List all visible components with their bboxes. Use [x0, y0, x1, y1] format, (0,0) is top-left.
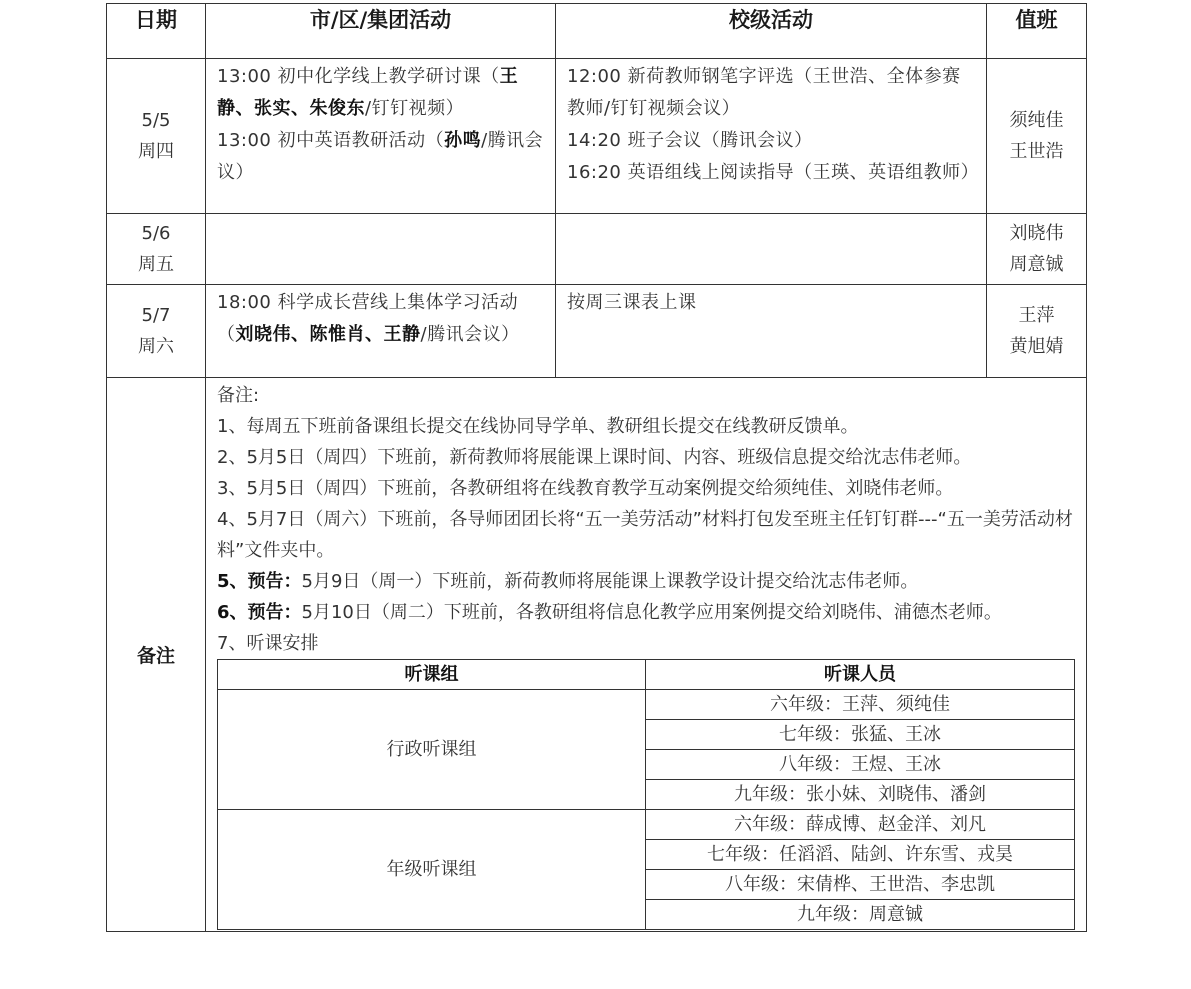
activity-item: 14:20 班子会议（腾讯会议）: [567, 125, 978, 157]
activity-item: 18:00 科学成长营线上集体学习活动（刘晓伟、陈惟肖、王静/腾讯会议）: [217, 287, 547, 351]
duty-cell: 王萍 黄旭婧: [987, 285, 1087, 378]
table-row: 5/6 周五 刘晓伟 周意铖: [107, 214, 1087, 285]
header-row: 日期 市/区/集团活动 校级活动 值班: [107, 4, 1087, 59]
note-item: 5、预告：5月9日（周一）下班前，新荷教师将展能课上课教学设计提交给沈志伟老师。: [217, 566, 1075, 597]
activity-item: 13:00 初中化学线上教学研讨课（王静、张实、朱俊东/钉钉视频）: [217, 61, 547, 125]
header-members: 听课人员: [646, 660, 1075, 690]
date-cell: 5/7 周六: [107, 285, 206, 378]
table-row: 5/5 周四 13:00 初中化学线上教学研讨课（王静、张实、朱俊东/钉钉视频）…: [107, 59, 1087, 214]
header-group: 听课组: [218, 660, 646, 690]
note-item: 1、每周五下班前备课组长提交在线协同导学单、教研组长提交在线教研反馈单。: [217, 411, 1075, 442]
group-member: 九年级：张小妹、刘晓伟、潘剑: [646, 780, 1075, 810]
date: 5/6: [107, 218, 205, 249]
group-member: 七年级：任滔滔、陆剑、许东雪、戎昊: [646, 840, 1075, 870]
notes-title: 备注:: [217, 380, 1075, 411]
notes-cell: 备注: 1、每周五下班前备课组长提交在线协同导学单、教研组长提交在线教研反馈单。…: [206, 378, 1087, 932]
notes-row: 备注 备注: 1、每周五下班前备课组长提交在线协同导学单、教研组长提交在线教研反…: [107, 378, 1087, 932]
duty-person: 黄旭婧: [987, 331, 1086, 362]
header-city-activities: 市/区/集团活动: [206, 4, 556, 59]
activity-item: 12:00 新荷教师钢笔字评选（王世浩、全体参赛教师/钉钉视频会议）: [567, 61, 978, 125]
table-row: 年级听课组 六年级：薛成博、赵金洋、刘凡: [218, 810, 1075, 840]
city-activities-cell: [206, 214, 556, 285]
group-name: 年级听课组: [218, 810, 646, 930]
school-activities-cell: 12:00 新荷教师钢笔字评选（王世浩、全体参赛教师/钉钉视频会议） 14:20…: [556, 59, 987, 214]
note-item: 7、听课安排: [217, 628, 1075, 659]
date-cell: 5/6 周五: [107, 214, 206, 285]
school-activities-cell: 按周三课表上课: [556, 285, 987, 378]
duty-person: 刘晓伟: [987, 218, 1086, 249]
header-duty: 值班: [987, 4, 1087, 59]
activity-item: 16:20 英语组线上阅读指导（王瑛、英语组教师）: [567, 157, 978, 189]
weekday: 周四: [107, 136, 205, 167]
sub-header-row: 听课组 听课人员: [218, 660, 1075, 690]
weekly-schedule-table: 日期 市/区/集团活动 校级活动 值班 5/5 周四 13:00 初中化学线上教…: [106, 3, 1087, 932]
note-item: 4、5月7日（周六）下班前，各导师团团长将“五一美劳活动”材料打包发至班主任钉钉…: [217, 504, 1075, 566]
group-member: 七年级：张猛、王冰: [646, 720, 1075, 750]
note-item: 6、预告：5月10日（周二）下班前，各教研组将信息化教学应用案例提交给刘晓伟、浦…: [217, 597, 1075, 628]
note-item: 3、5月5日（周四）下班前，各教研组将在线教育教学互动案例提交给须纯佳、刘晓伟老…: [217, 473, 1075, 504]
notes-label: 备注: [107, 378, 206, 932]
group-member: 八年级：宋倩桦、王世浩、李忠凯: [646, 870, 1075, 900]
duty-cell: 刘晓伟 周意铖: [987, 214, 1087, 285]
duty-person: 须纯佳: [987, 105, 1086, 136]
city-activities-cell: 13:00 初中化学线上教学研讨课（王静、张实、朱俊东/钉钉视频） 13:00 …: [206, 59, 556, 214]
activity-item: 13:00 初中英语教研活动（孙鸣/腾讯会议）: [217, 125, 547, 189]
observation-schedule-table: 听课组 听课人员 行政听课组 六年级：王萍、须纯佳 七年级：张猛、王冰 八年级：…: [217, 659, 1075, 930]
group-member: 八年级：王煜、王冰: [646, 750, 1075, 780]
activity-item: 按周三课表上课: [567, 287, 978, 319]
group-member: 六年级：薛成博、赵金洋、刘凡: [646, 810, 1075, 840]
group-member: 六年级：王萍、须纯佳: [646, 690, 1075, 720]
weekday: 周六: [107, 331, 205, 362]
duty-cell: 须纯佳 王世浩: [987, 59, 1087, 214]
group-name: 行政听课组: [218, 690, 646, 810]
duty-person: 王萍: [987, 300, 1086, 331]
city-activities-cell: 18:00 科学成长营线上集体学习活动（刘晓伟、陈惟肖、王静/腾讯会议）: [206, 285, 556, 378]
duty-person: 周意铖: [987, 249, 1086, 280]
group-member: 九年级：周意铖: [646, 900, 1075, 930]
school-activities-cell: [556, 214, 987, 285]
table-row: 5/7 周六 18:00 科学成长营线上集体学习活动（刘晓伟、陈惟肖、王静/腾讯…: [107, 285, 1087, 378]
note-item: 2、5月5日（周四）下班前，新荷教师将展能课上课时间、内容、班级信息提交给沈志伟…: [217, 442, 1075, 473]
weekday: 周五: [107, 249, 205, 280]
table-row: 行政听课组 六年级：王萍、须纯佳: [218, 690, 1075, 720]
date-cell: 5/5 周四: [107, 59, 206, 214]
header-date: 日期: [107, 4, 206, 59]
date: 5/5: [107, 105, 205, 136]
header-school-activities: 校级活动: [556, 4, 987, 59]
date: 5/7: [107, 300, 205, 331]
duty-person: 王世浩: [987, 136, 1086, 167]
